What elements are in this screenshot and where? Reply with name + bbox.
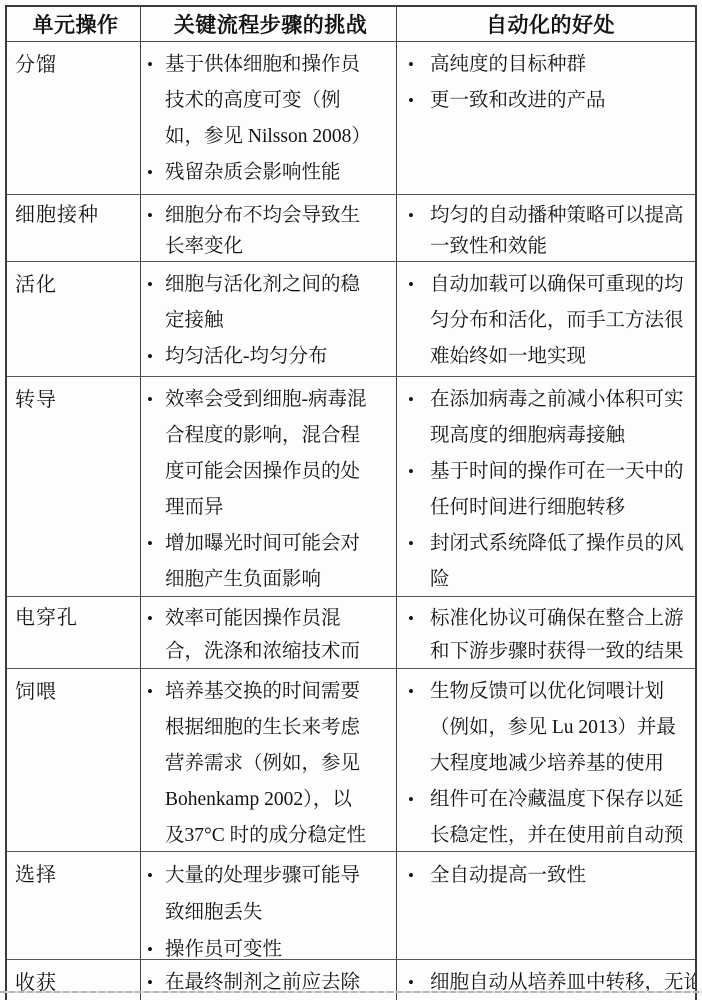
table-row: 细胞接种 • 细胞分布不均会导致生长率变化 • 均匀的自动播种策略可以提高一致性…: [7, 195, 695, 262]
challenge-item: • 大量的处理步骤可能导致细胞丢失: [147, 857, 394, 931]
header-unit-operation: 单元操作: [7, 7, 141, 41]
benefit-item: • 在添加病毒之前减小体积可实现高度的细胞病毒接触: [408, 382, 693, 454]
row-label-fractionation: 分馏: [7, 42, 141, 194]
challenges-cell: • 效率可能因操作员混合，洗涤和浓缩技术而异: [141, 597, 397, 668]
table-row: 选择 • 大量的处理步骤可能导致细胞丢失 • 操作员可变性 • 全自动提高一致性: [7, 852, 695, 960]
bullet-icon: •: [408, 382, 430, 418]
challenges-cell: • 细胞分布不均会导致生长率变化: [141, 195, 397, 261]
challenges-cell: • 培养基交换的时间需要根据细胞的生长来考虑营养需求（例如，参见 Bohenka…: [141, 669, 397, 851]
bullet-icon: •: [147, 267, 165, 303]
row-label-harvest: 收获: [7, 960, 141, 1000]
benefit-text: 更一致和改进的产品: [430, 83, 693, 119]
bullet-icon: •: [147, 674, 165, 710]
challenge-text: 在最终制剂之前应去除: [165, 965, 371, 1000]
benefit-item: • 标准化协议可确保在整合上游和下游步骤时获得一致的结果: [408, 602, 693, 668]
challenge-text: 细胞分布不均会导致生长率变化: [165, 200, 371, 261]
bullet-icon: •: [147, 965, 165, 1000]
benefit-text: 自动加载可以确保可重现的均匀分布和活化，而手工方法很难始终如一地实现: [430, 267, 693, 375]
bullet-icon: •: [408, 602, 430, 635]
row-label-cell-seeding: 细胞接种: [7, 195, 141, 261]
bullet-icon: •: [408, 857, 430, 894]
benefit-item: • 自动加载可以确保可重现的均匀分布和活化，而手工方法很难始终如一地实现: [408, 267, 693, 375]
challenge-text: 残留杂质会影响性能: [165, 155, 371, 191]
challenge-item: • 操作员可变性: [147, 931, 394, 959]
table-row: 分馏 • 基于供体细胞和操作员技术的高度可变（例如，参见 Nilsson 200…: [7, 42, 695, 195]
benefits-cell: • 自动加载可以确保可重现的均匀分布和活化，而手工方法很难始终如一地实现: [397, 262, 695, 376]
benefit-text: 标准化协议可确保在整合上游和下游步骤时获得一致的结果: [430, 602, 693, 668]
bullet-icon: •: [408, 674, 430, 710]
challenges-cell: • 基于供体细胞和操作员技术的高度可变（例如，参见 Nilsson 2008） …: [141, 42, 397, 194]
row-label-feeding: 饲喂: [7, 669, 141, 851]
bullet-icon: •: [147, 931, 165, 959]
bullet-icon: •: [408, 200, 430, 231]
benefits-cell: • 均匀的自动播种策略可以提高一致性和效能: [397, 195, 695, 261]
benefit-item: • 细胞自动从培养皿中转移，无论: [408, 965, 693, 1000]
challenge-item: • 效率可能因操作员混合，洗涤和浓缩技术而异: [147, 602, 394, 668]
challenge-text: 增加曝光时间可能会对细胞产生负面影响: [165, 526, 371, 596]
scanned-document-page: 单元操作 关键流程步骤的挑战 自动化的好处 分馏 • 基于供体细胞和操作员技术的…: [0, 0, 702, 1000]
benefit-item: • 全自动提高一致性: [408, 857, 693, 894]
header-process-challenges: 关键流程步骤的挑战: [141, 7, 397, 41]
challenge-text: 基于供体细胞和操作员技术的高度可变（例如，参见 Nilsson 2008）: [165, 47, 371, 155]
challenges-cell: • 在最终制剂之前应去除: [141, 960, 397, 1000]
challenge-text: 操作员可变性: [165, 931, 371, 959]
benefits-cell: • 全自动提高一致性: [397, 852, 695, 959]
benefit-item: • 生物反馈可以优化饲喂计划（例如，参见 Lu 2013）并最大程度地减少培养基…: [408, 674, 693, 782]
challenge-text: 培养基交换的时间需要根据细胞的生长来考虑营养需求（例如，参见 Bohenkamp…: [165, 674, 371, 851]
benefits-cell: • 在添加病毒之前减小体积可实现高度的细胞病毒接触 • 基于时间的操作可在一天中…: [397, 377, 695, 596]
bullet-icon: •: [408, 454, 430, 490]
bullet-icon: •: [408, 782, 430, 818]
challenge-item: • 残留杂质会影响性能: [147, 155, 394, 191]
benefit-item: • 基于时间的操作可在一天中的任何时间进行细胞转移: [408, 454, 693, 526]
challenge-item: • 细胞分布不均会导致生长率变化: [147, 200, 394, 261]
challenge-text: 效率可能因操作员混合，洗涤和浓缩技术而异: [165, 602, 371, 668]
bullet-icon: •: [147, 339, 165, 375]
row-label-selection: 选择: [7, 852, 141, 959]
bullet-icon: •: [408, 47, 430, 83]
table-row: 电穿孔 • 效率可能因操作员混合，洗涤和浓缩技术而异 • 标准化协议可确保在整合…: [7, 597, 695, 669]
challenge-text: 效率会受到细胞-病毒混合程度的影响，混合程度可能会因操作员的处理而异: [165, 382, 371, 526]
benefit-text: 组件可在冷藏温度下保存以延长稳定性，并在使用前自动预热: [430, 782, 693, 851]
challenge-text: 大量的处理步骤可能导致细胞丢失: [165, 857, 371, 931]
row-label-activation: 活化: [7, 262, 141, 376]
bullet-icon: •: [147, 47, 165, 83]
challenges-cell: • 细胞与活化剂之间的稳定接触 • 均匀活化-均匀分布: [141, 262, 397, 376]
table-row: 转导 • 效率会受到细胞-病毒混合程度的影响，混合程度可能会因操作员的处理而异 …: [7, 377, 695, 597]
challenge-item: • 均匀活化-均匀分布: [147, 339, 394, 375]
bullet-icon: •: [147, 382, 165, 418]
benefits-cell: • 标准化协议可确保在整合上游和下游步骤时获得一致的结果: [397, 597, 695, 668]
table-row: 收获 • 在最终制剂之前应去除 • 细胞自动从培养皿中转移，无论: [7, 960, 695, 1000]
challenge-item: • 细胞与活化剂之间的稳定接触: [147, 267, 394, 339]
benefit-text: 细胞自动从培养皿中转移，无论: [430, 965, 694, 1000]
bullet-icon: •: [408, 965, 430, 1000]
challenges-cell: • 效率会受到细胞-病毒混合程度的影响，混合程度可能会因操作员的处理而异 • 增…: [141, 377, 397, 596]
benefit-text: 封闭式系统降低了操作员的风险: [430, 526, 693, 596]
benefit-text: 高纯度的目标种群: [430, 47, 693, 83]
bullet-icon: •: [147, 857, 165, 894]
challenge-item: • 增加曝光时间可能会对细胞产生负面影响: [147, 526, 394, 596]
bullet-icon: •: [147, 526, 165, 562]
benefits-cell: • 生物反馈可以优化饲喂计划（例如，参见 Lu 2013）并最大程度地减少培养基…: [397, 669, 695, 851]
benefit-text: 在添加病毒之前减小体积可实现高度的细胞病毒接触: [430, 382, 693, 454]
challenge-text: 均匀活化-均匀分布: [165, 339, 371, 375]
row-label-transduction: 转导: [7, 377, 141, 596]
benefit-item: • 更一致和改进的产品: [408, 83, 693, 119]
benefit-item: • 封闭式系统降低了操作员的风险: [408, 526, 693, 596]
bullet-icon: •: [408, 267, 430, 303]
benefit-item: • 组件可在冷藏温度下保存以延长稳定性，并在使用前自动预热: [408, 782, 693, 851]
challenge-text: 细胞与活化剂之间的稳定接触: [165, 267, 371, 339]
benefit-item: • 均匀的自动播种策略可以提高一致性和效能: [408, 200, 693, 261]
benefit-text: 生物反馈可以优化饲喂计划（例如，参见 Lu 2013）并最大程度地减少培养基的使…: [430, 674, 693, 782]
row-label-electroporation: 电穿孔: [7, 597, 141, 668]
benefit-item: • 高纯度的目标种群: [408, 47, 693, 83]
benefit-text: 全自动提高一致性: [430, 857, 693, 894]
header-automation-benefits: 自动化的好处: [397, 7, 695, 41]
bullet-icon: •: [147, 155, 165, 191]
bullet-icon: •: [408, 526, 430, 562]
challenge-item: • 在最终制剂之前应去除: [147, 965, 394, 1000]
unit-operation-table: 单元操作 关键流程步骤的挑战 自动化的好处 分馏 • 基于供体细胞和操作员技术的…: [5, 5, 697, 1000]
challenge-item: • 培养基交换的时间需要根据细胞的生长来考虑营养需求（例如，参见 Bohenka…: [147, 674, 394, 851]
page-cut-edge: [0, 991, 702, 993]
challenge-item: • 基于供体细胞和操作员技术的高度可变（例如，参见 Nilsson 2008）: [147, 47, 394, 155]
benefits-cell: • 高纯度的目标种群 • 更一致和改进的产品: [397, 42, 695, 194]
benefits-cell: • 细胞自动从培养皿中转移，无论: [397, 960, 695, 1000]
table-row: 饲喂 • 培养基交换的时间需要根据细胞的生长来考虑营养需求（例如，参见 Bohe…: [7, 669, 695, 852]
benefit-text: 均匀的自动播种策略可以提高一致性和效能: [430, 200, 693, 261]
table-header-row: 单元操作 关键流程步骤的挑战 自动化的好处: [7, 7, 695, 42]
challenges-cell: • 大量的处理步骤可能导致细胞丢失 • 操作员可变性: [141, 852, 397, 959]
bullet-icon: •: [147, 602, 165, 635]
bullet-icon: •: [147, 200, 165, 231]
challenge-item: • 效率会受到细胞-病毒混合程度的影响，混合程度可能会因操作员的处理而异: [147, 382, 394, 526]
benefit-text: 基于时间的操作可在一天中的任何时间进行细胞转移: [430, 454, 693, 526]
bullet-icon: •: [408, 83, 430, 119]
table-row: 活化 • 细胞与活化剂之间的稳定接触 • 均匀活化-均匀分布 • 自动加载可以确…: [7, 262, 695, 377]
